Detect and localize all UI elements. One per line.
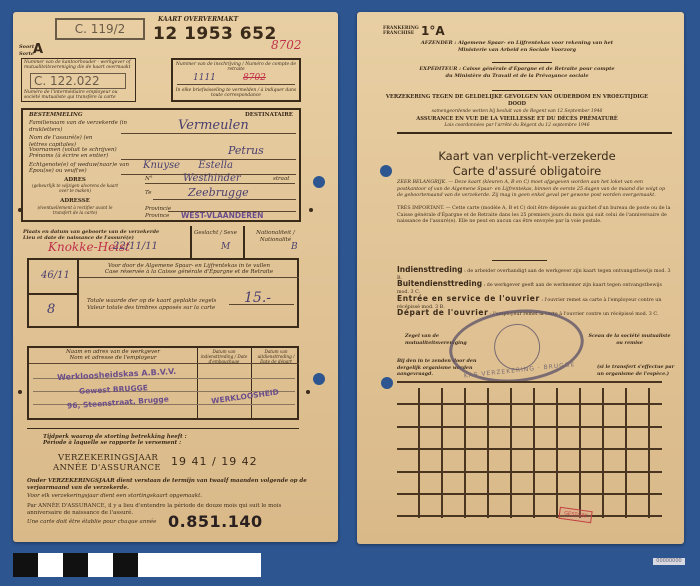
te-label: Te (145, 190, 152, 197)
employer-stamp-line1: Werkloosheidskas A.B.V.V. (57, 367, 177, 382)
sex-value: M (221, 242, 230, 252)
nationality-value: B (291, 242, 298, 252)
sex-label: Geslacht / Sexe (193, 230, 238, 237)
indienst-title: Indiensttreding (397, 265, 463, 274)
adresse-note: (éventuellement à rectifier avant le tra… (29, 206, 121, 216)
note-fr-2: Une carte doit être établie pour chaque … (27, 519, 187, 526)
tres-important-text: TRÈS IMPORTANT. — Cette carte (modèle A,… (397, 206, 672, 226)
stamps-count-value: 8 (47, 302, 55, 317)
depart-title: Départ de l'ouvrier (397, 308, 488, 317)
recipient-title-fr: DESTINATAIRE (245, 112, 293, 119)
kaart-label: KAART OVERVERMAKT (158, 17, 238, 24)
enrollment-value: 1111 (193, 73, 216, 83)
total-label-nl: Totale waarde der op de kaart geplakte z… (87, 298, 216, 305)
no-label: N° (145, 176, 153, 183)
employer-stamp-line3: 96, Steenstraat, Brugge (67, 394, 169, 410)
enrollment-label: Nummer van de inschrijving / Numéro de c… (173, 60, 299, 74)
enrollment-value-struck: 8702 (243, 73, 266, 83)
ref-box: C. 119/2 (55, 18, 145, 40)
period-label-fr: Période à laquelle se rapporte le versem… (43, 440, 181, 447)
zeer-belangrijk-text: ZEER BELANGRIJK. — Deze kaart (kleuren A… (397, 180, 672, 200)
spouse-value: Knuyse Estella (143, 160, 233, 171)
bij-label-fr: (si le transfert s'effectue par un organ… (597, 364, 677, 377)
adresse-label: ADRESSE (29, 198, 121, 205)
uitdienst-title: Buitendiensttreding (397, 279, 482, 288)
insurance-year-label-nl: VERZEKERINGSJAAR (58, 453, 158, 463)
assurance-sub: Lois coordonnées par l'arrêté du Régent … (382, 123, 652, 130)
card-type: 1°A (421, 24, 445, 38)
city-value: Zeebrugge (188, 186, 249, 199)
assurance-text: ASSURANCE EN VUE DE LA VIEILLESSE ET DU … (382, 116, 652, 123)
recipient-box: BESTEMMELING DESTINATAIRE Familienaam va… (21, 108, 301, 222)
employer-name-label-fr: Nom et adresse de l'employeur (29, 355, 197, 362)
start-date-label: Datum van indiensttreding / Date d'embau… (199, 349, 249, 364)
recipient-title-nl: BESTEMMELING (29, 112, 83, 119)
left-card-front: C. 119/2 KAART OVERVERMAKT 12 1953 652 8… (13, 12, 338, 542)
province-label: Province (145, 213, 169, 220)
soort-value: A (33, 42, 43, 57)
province-stamp: WEST-VLAANDEREN (181, 211, 263, 220)
insurance-year-value: 19 41 / 19 42 (171, 455, 258, 468)
total-label-fr: Valeur totale des timbres apposés sur la… (87, 305, 215, 312)
card-title-nl: Kaart van verplicht-verzekerde (387, 149, 667, 163)
insurance-year-label-fr: ANNÉE D'ASSURANCE (53, 463, 161, 473)
note-nl-2: Voor elk verzekeringsjaar dient een stor… (27, 493, 312, 500)
employer-number-value: C. 122.022 (30, 73, 126, 89)
entree-title: Entrée en service de l'ouvrier (397, 294, 540, 303)
prenoms-label: Prénoms (à écrire en entier) (29, 153, 108, 160)
note-nl-1: Onder VERZEKERINGSJAAR dient verstaan de… (27, 478, 312, 491)
stamps-total-box: 46/11 8 Voor door de Algemene Spaar- en … (27, 258, 299, 328)
soort-label: SoortSorte (19, 44, 34, 57)
first-name-value: Petrus (228, 144, 264, 157)
expediteur-text: EXPÉDITEUR : Caisse générale d'Épargne e… (417, 66, 617, 80)
employer-number-label: Nummer van de kantoorhouder - werkgever … (22, 59, 135, 71)
reserved-label-fr: Case réservée à la Caisse générale d'Épa… (84, 269, 294, 276)
afzender-text: AFZENDER : Algemene Spaar- en Lijfrentek… (417, 40, 617, 54)
street-suffix: straat (273, 176, 289, 183)
surname-value: Vermeulen (178, 118, 249, 133)
ref-box-value: C. 119/2 (57, 20, 143, 38)
employer-number-box: Nummer van de kantoorhouder - werkgever … (21, 58, 136, 102)
stamps-period-value: 46/11 (41, 270, 70, 281)
enrollment-note: In elke briefwisseling te vermelden / à … (175, 88, 297, 98)
color-scale-bar (13, 553, 261, 577)
serial-number: 0.851.140 (168, 512, 263, 531)
right-card-back: FRANKERINGFRANCHISE 1°A AFZENDER : Algem… (357, 12, 684, 544)
franchise-label: FRANKERINGFRANCHISE (383, 26, 419, 36)
end-date-label: Datum van uitdiensttreding / Date de dép… (253, 349, 299, 364)
surname-label: Familienaam van de verzekerde (in drukle… (29, 120, 139, 133)
handwritten-number: 8702 (271, 38, 302, 52)
red-stamp: GESTORT (558, 507, 593, 524)
verzekering-text: VERZEKERING TEGEN DE GELDELIJKE GEVOLGEN… (382, 94, 652, 108)
verzekering-sub: samengeordende wetten bij besluit van de… (382, 109, 652, 116)
enrollment-box: Nummer van de inschrijving / Numéro de c… (171, 58, 301, 102)
archive-label: 00000000 (653, 558, 685, 565)
employer-box: Naam en adres van de werkgever Nom et ad… (27, 346, 299, 420)
birth-date-value: 22/11/11 (113, 241, 158, 252)
card-title-fr: Carte d'assuré obligatoire (387, 164, 667, 178)
employer-number-label-fr: Numéro de l'intermédiaire employeur ou s… (24, 90, 134, 100)
spouse-label-fr: Épou(se) ou veuf(ve) (29, 168, 87, 175)
kaart-number: 12 1953 652 (153, 24, 277, 44)
employer-stamp-line2: Gewest BRUGGE (79, 383, 148, 396)
adres-note: (gebeurlijk te wijzigen alvorens de kaar… (29, 184, 121, 194)
zegel-label-fr: Sceau de la société mutualiste ou remise (587, 333, 672, 346)
